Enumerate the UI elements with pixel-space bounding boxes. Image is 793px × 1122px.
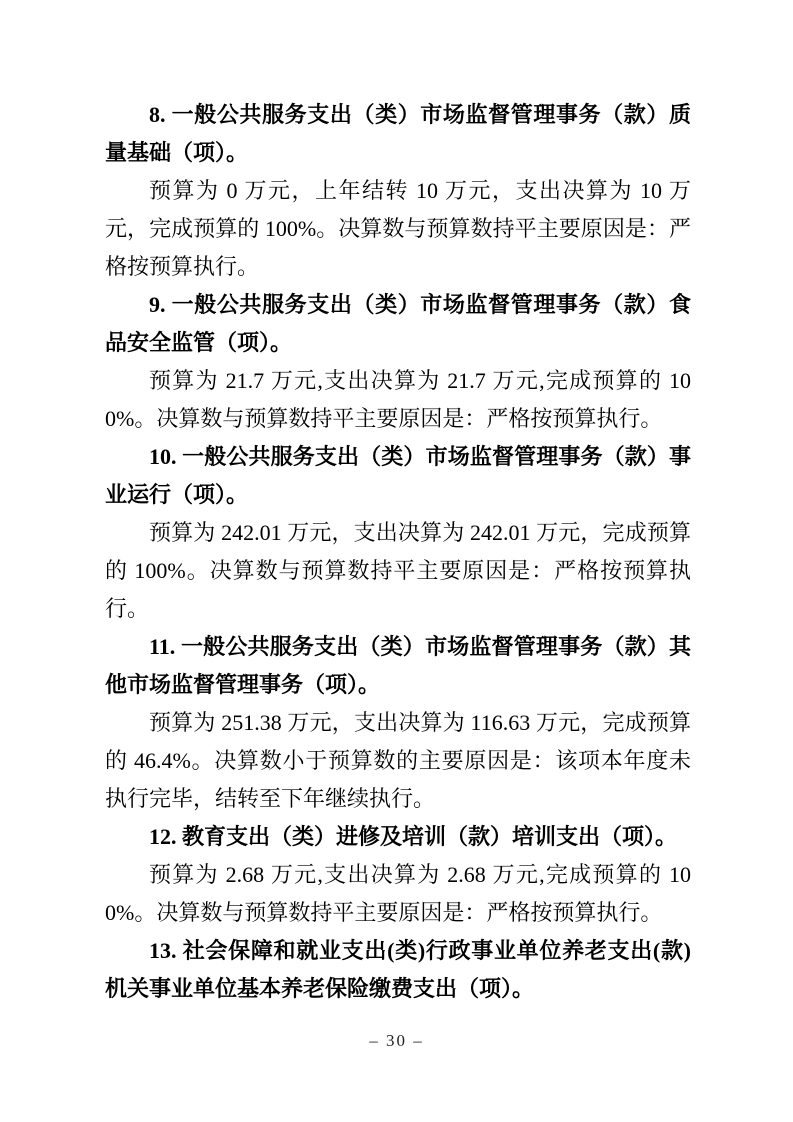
section-heading-11: 11. 一般公共服务支出（类）市场监督管理事务（款）其他市场监督管理事务（项）。: [105, 628, 691, 704]
section-heading-9: 9. 一般公共服务支出（类）市场监督管理事务（款）食品安全监管（项）。: [105, 286, 691, 362]
section-heading-8: 8. 一般公共服务支出（类）市场监督管理事务（款）质量基础（项）。: [105, 96, 691, 172]
section-heading-13: 13. 社会保障和就业支出(类)行政事业单位养老支出(款)机关事业单位基本养老保…: [105, 932, 691, 1008]
section-body-9: 预算为 21.7 万元,支出决算为 21.7 万元,完成预算的 100%。决算数…: [105, 362, 691, 438]
page-number: – 30 –: [0, 1030, 793, 1052]
section-body-10: 预算为 242.01 万元，支出决算为 242.01 万元，完成预算的 100%…: [105, 514, 691, 628]
document-body: 8. 一般公共服务支出（类）市场监督管理事务（款）质量基础（项）。 预算为 0 …: [105, 96, 691, 1008]
section-body-12: 预算为 2.68 万元,支出决算为 2.68 万元,完成预算的 100%。决算数…: [105, 856, 691, 932]
section-heading-10: 10. 一般公共服务支出（类）市场监督管理事务（款）事业运行（项）。: [105, 438, 691, 514]
section-heading-12: 12. 教育支出（类）进修及培训（款）培训支出（项）。: [105, 818, 691, 856]
section-body-8: 预算为 0 万元，上年结转 10 万元，支出决算为 10 万元，完成预算的 10…: [105, 172, 691, 286]
section-body-11: 预算为 251.38 万元，支出决算为 116.63 万元，完成预算的 46.4…: [105, 704, 691, 818]
document-page: 8. 一般公共服务支出（类）市场监督管理事务（款）质量基础（项）。 预算为 0 …: [0, 0, 793, 1122]
